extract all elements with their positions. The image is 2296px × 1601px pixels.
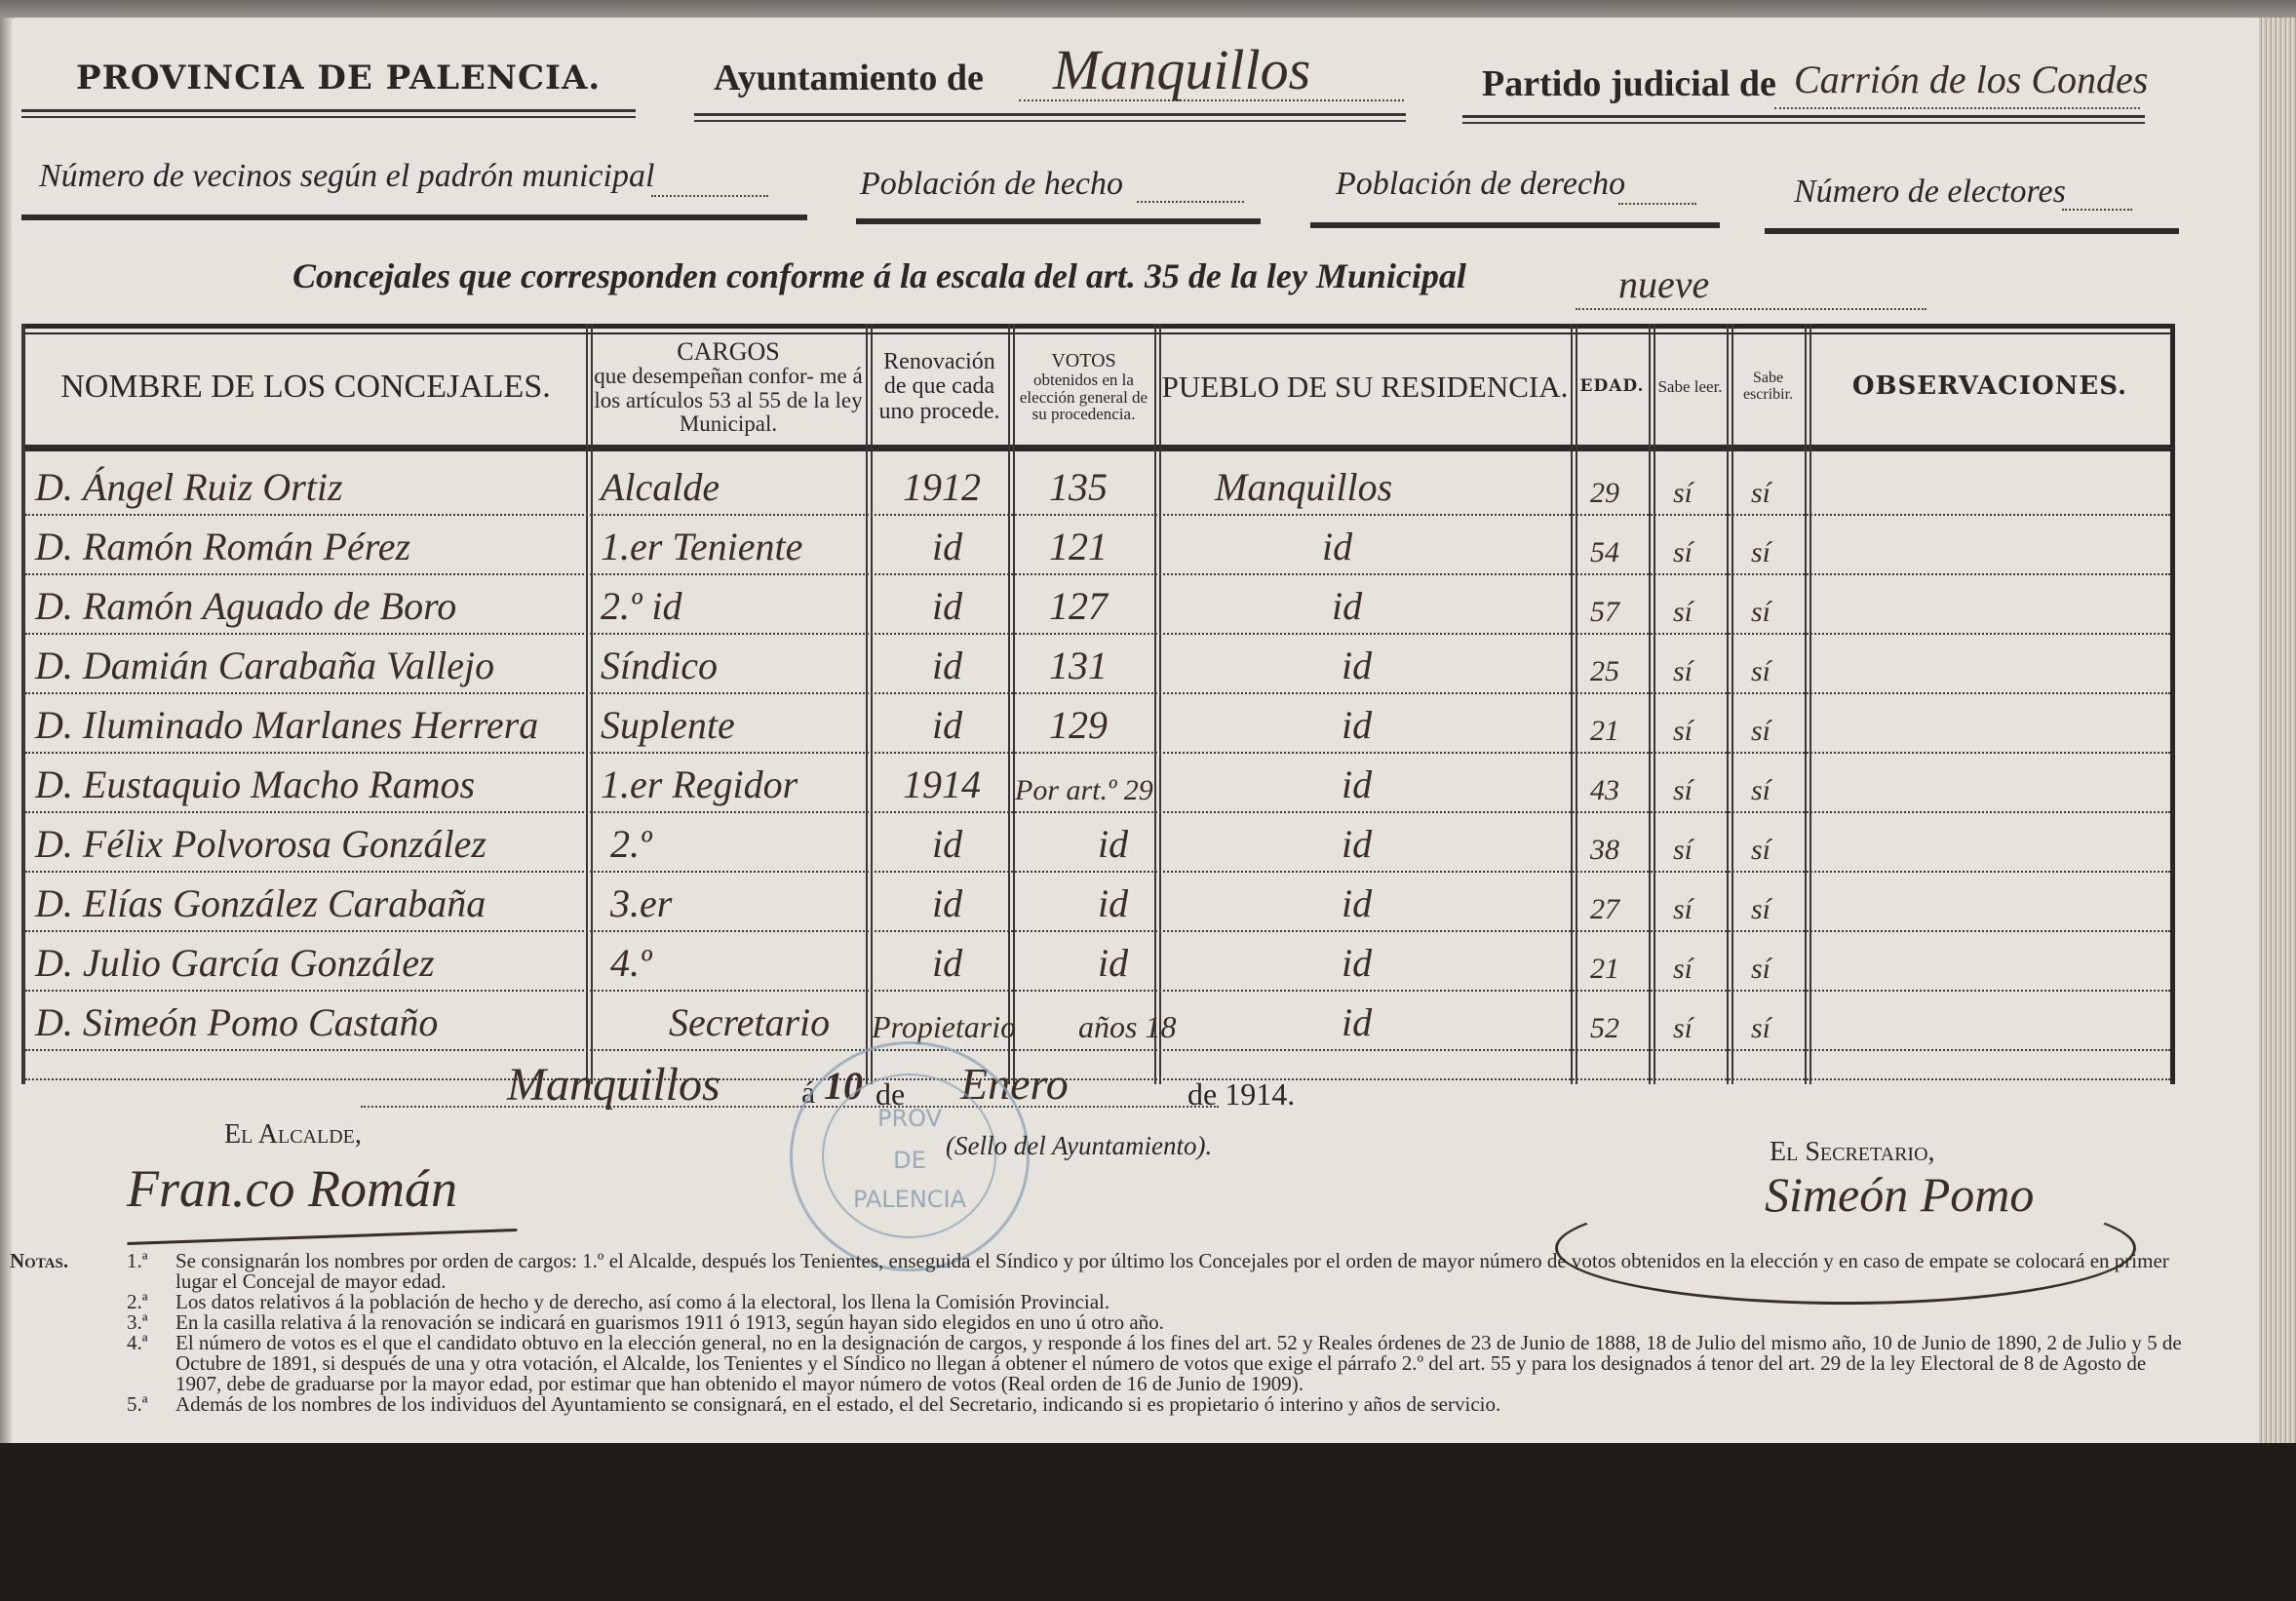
- col-header-sabe-leer: Sabe leer.: [1654, 333, 1727, 441]
- dark-background: [0, 1443, 2296, 1601]
- year-text: de 1914.: [1187, 1076, 1295, 1113]
- col-header-nombre: NOMBRE DE LOS CONCEJALES.: [25, 333, 586, 441]
- alcalde-signature: Fran.co Román: [127, 1158, 457, 1219]
- divider: [856, 218, 1261, 224]
- book-binding-edge: [0, 18, 12, 1451]
- concejales-table: NOMBRE DE LOS CONCEJALES. CARGOS que des…: [21, 324, 2175, 1084]
- concejales-label: Concejales que corresponden conforme á l…: [292, 255, 1466, 296]
- poblacion-derecho-label: Población de derecho: [1336, 166, 1625, 203]
- ayuntamiento-value: Manquillos: [1053, 37, 1310, 102]
- poblacion-derecho-field-line: [1618, 201, 1696, 205]
- concejales-value: nueve: [1618, 261, 1709, 307]
- table-row: D. Damián Carabaña Vallejo Síndico id 13…: [25, 635, 2170, 694]
- divider: [21, 109, 636, 118]
- table-row: D. Ramón Aguado de Boro 2.º id id 127 id…: [25, 575, 2170, 635]
- place-value: Manquillos: [507, 1058, 720, 1112]
- table-row: D. Julio García González 4.º id id id 21…: [25, 932, 2170, 992]
- divider: [1310, 222, 1720, 228]
- table-row: D. Iluminado Marlanes Herrera Suplente i…: [25, 694, 2170, 754]
- notes-section: Notas. 1.ª Se consignarán los nombres po…: [10, 1251, 2184, 1415]
- partido-judicial-label: Partido judicial de: [1482, 62, 1776, 105]
- note-item: 3.ª En la casilla relativa á la renovaci…: [10, 1312, 2184, 1333]
- table-row: D. Ramón Román Pérez 1.er Teniente id 12…: [25, 516, 2170, 575]
- secretario-label: El Secretario,: [1770, 1137, 1935, 1168]
- col-header-pueblo: PUEBLO DE SU RESIDENCIA.: [1159, 333, 1571, 441]
- divider: [1765, 228, 2179, 234]
- province-title: PROVINCIA DE PALENCIA.: [76, 59, 601, 98]
- divider: [21, 215, 807, 220]
- note-item: 4.ª El número de votos es el que el cand…: [10, 1333, 2184, 1394]
- table-row-empty: [25, 1051, 2170, 1080]
- electores-label: Número de electores: [1794, 174, 2066, 211]
- alcalde-label: El Alcalde,: [224, 1119, 362, 1151]
- table-row: D. Simeón Pomo Castaño Secretario Propie…: [25, 992, 2170, 1051]
- poblacion-hecho-field-line: [1137, 199, 1244, 203]
- note-item: Notas. 1.ª Se consignarán los nombres po…: [10, 1251, 2184, 1292]
- col-header-sabe-escribir: Sabe escribir.: [1732, 333, 1805, 441]
- partido-judicial-value: Carrión de los Condes: [1794, 57, 2148, 102]
- col-header-cargos: CARGOS que desempeñan confor- me á los a…: [591, 333, 866, 441]
- electores-field-line: [2062, 207, 2132, 211]
- date-line: [361, 1104, 1219, 1108]
- book-page-edges: [2259, 18, 2296, 1601]
- poblacion-hecho-label: Población de hecho: [860, 166, 1123, 203]
- vecinos-label: Número de vecinos según el padrón munici…: [39, 158, 654, 195]
- col-header-renovacion: Renovación de que cada uno procede.: [871, 333, 1008, 441]
- note-item: 5.ª Además de los nombres de los individ…: [10, 1394, 2184, 1415]
- ayuntamiento-label: Ayuntamiento de: [714, 57, 984, 99]
- table-row: D. Félix Polvorosa González 2.º id id id…: [25, 813, 2170, 873]
- divider: [694, 113, 1406, 122]
- partido-field-line: [1774, 105, 2140, 109]
- col-header-observaciones: OBSERVACIONES.: [1810, 333, 2170, 441]
- col-header-edad: EDAD.: [1576, 333, 1649, 441]
- table-row: D. Ángel Ruiz Ortiz Alcalde 1912 135 Man…: [25, 456, 2170, 516]
- col-header-votos: VOTOS obtenidos en la elección general d…: [1013, 333, 1154, 441]
- vecinos-field-line: [651, 193, 768, 197]
- table-row: D. Eustaquio Macho Ramos 1.er Regidor 19…: [25, 754, 2170, 813]
- table-row: D. Elías González Carabaña 3.er id id id…: [25, 873, 2170, 932]
- sello-label: (Sello del Ayuntamiento).: [946, 1131, 1212, 1161]
- divider: [1462, 115, 2145, 124]
- note-item: 2.ª Los datos relativos á la población d…: [10, 1292, 2184, 1312]
